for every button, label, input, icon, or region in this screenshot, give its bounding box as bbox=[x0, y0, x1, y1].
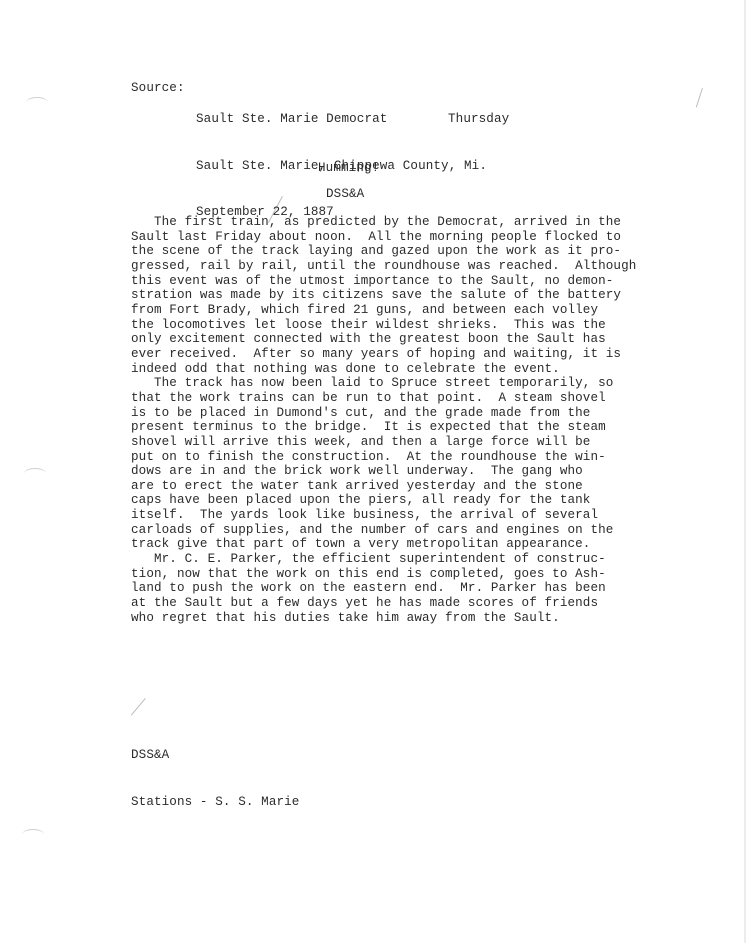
footer-subcategory: Stations - S. S. Marie bbox=[131, 795, 299, 811]
article-line: only excitement connected with the great… bbox=[131, 332, 636, 347]
article-line: the scene of the track laying and gazed … bbox=[131, 244, 636, 259]
article-line: ever received. After so many years of ho… bbox=[131, 347, 636, 362]
article-line: this event was of the utmost importance … bbox=[131, 274, 636, 289]
article-line: are to erect the water tank arrived yest… bbox=[131, 479, 636, 494]
article-line: caps have been placed upon the piers, al… bbox=[131, 493, 636, 508]
article-line: who regret that his duties take him away… bbox=[131, 611, 636, 626]
punch-hole-mark-bottom bbox=[22, 829, 44, 840]
article-line: shovel will arrive this week, and then a… bbox=[131, 435, 636, 450]
punch-hole-mark-top bbox=[26, 97, 48, 108]
source-day: Thursday bbox=[448, 112, 509, 126]
article-line: itself. The yards look like business, th… bbox=[131, 508, 636, 523]
article-line: dows are in and the brick work well unde… bbox=[131, 464, 636, 479]
article-line: indeed odd that nothing was done to cele… bbox=[131, 362, 636, 377]
article-line: stration was made by its citizens save t… bbox=[131, 288, 636, 303]
article-line: carloads of supplies, and the number of … bbox=[131, 523, 636, 538]
pencil-check-mark-footer bbox=[131, 698, 146, 715]
article-line: the locomotives let loose their wildest … bbox=[131, 318, 636, 333]
article-line: track give that part of town a very metr… bbox=[131, 537, 636, 552]
source-publication: Sault Ste. Marie Democrat bbox=[196, 112, 487, 128]
article-line: Sault last Friday about noon. All the mo… bbox=[131, 230, 636, 245]
document-page: Source: Sault Ste. Marie Democrat Sault … bbox=[0, 0, 750, 943]
article-line: tion, now that the work on this end is c… bbox=[131, 567, 636, 582]
article-line: put on to finish the construction. At th… bbox=[131, 450, 636, 465]
punch-hole-mark-middle bbox=[24, 468, 46, 479]
article-title: Humming! bbox=[318, 161, 379, 175]
article-line: Mr. C. E. Parker, the efficient superint… bbox=[131, 552, 636, 567]
article-line: present terminus to the bridge. It is ex… bbox=[131, 420, 636, 435]
article-line: that the work trains can be run to that … bbox=[131, 391, 636, 406]
article-subtitle: DSS&A bbox=[326, 187, 364, 201]
article-line: at the Sault but a few days yet he has m… bbox=[131, 596, 636, 611]
article-line: The first train, as predicted by the Dem… bbox=[131, 215, 636, 230]
article-line: The track has now been laid to Spruce st… bbox=[131, 376, 636, 391]
article-line: from Fort Brady, which fired 21 guns, an… bbox=[131, 303, 636, 318]
scan-edge-line bbox=[744, 0, 746, 943]
source-label: Source: bbox=[131, 81, 185, 95]
footer-category: DSS&A bbox=[131, 748, 299, 764]
pencil-mark-right bbox=[696, 88, 703, 107]
article-line: is to be placed in Dumond's cut, and the… bbox=[131, 406, 636, 421]
article-body: The first train, as predicted by the Dem… bbox=[131, 215, 636, 625]
footer-block: DSS&A Stations - S. S. Marie bbox=[131, 717, 299, 841]
article-line: gressed, rail by rail, until the roundho… bbox=[131, 259, 636, 274]
article-line: land to push the work on the eastern end… bbox=[131, 581, 636, 596]
